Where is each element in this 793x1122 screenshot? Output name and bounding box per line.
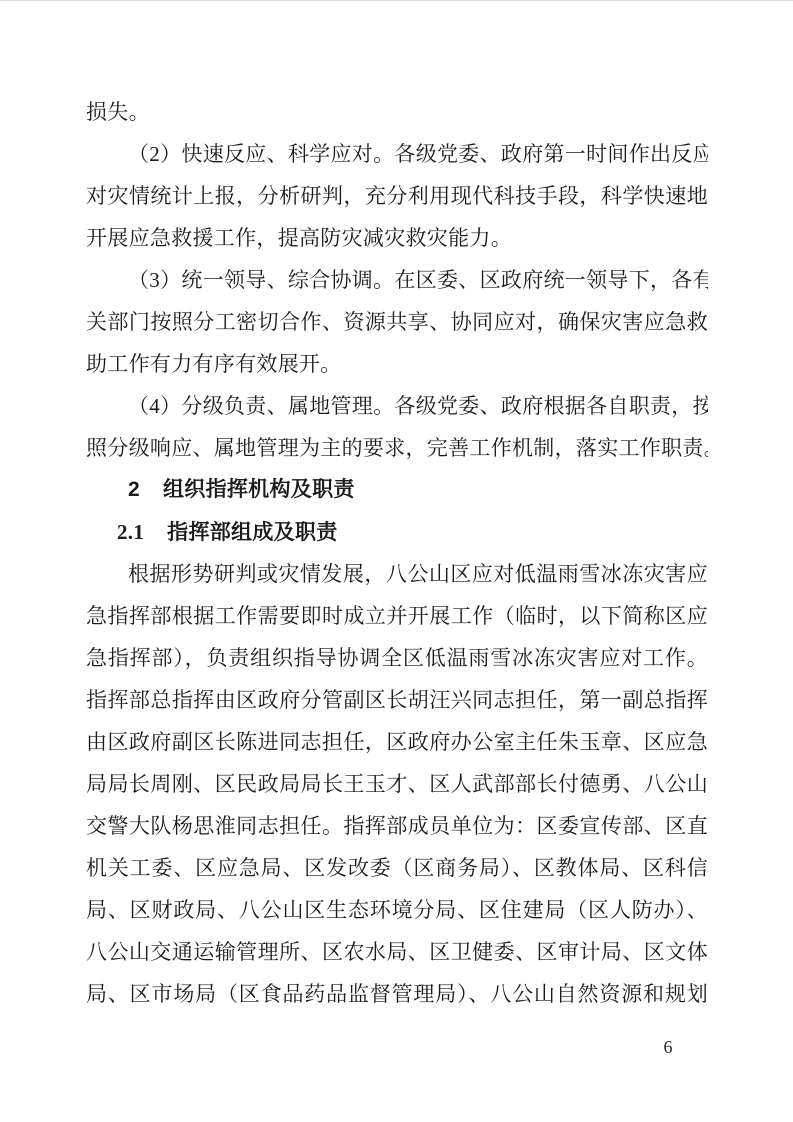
text-line: 损失。: [86, 91, 708, 133]
text-line: 急指挥部），负责组织指导协调全区低温雨雪冰冻灾害应对工作。: [86, 637, 708, 679]
document-body: 损失。 （2）快速反应、科学应对。各级党委、政府第一时间作出反应， 对灾情统计上…: [86, 91, 708, 1015]
section-heading-2: 2组织指挥机构及职责: [86, 469, 708, 511]
text-line: 八公山交通运输管理所、区农水局、区卫健委、区审计局、区文体: [86, 931, 708, 973]
text-line: 助工作有力有序有效展开。: [86, 343, 708, 385]
text-line: 照分级响应、属地管理为主的要求，完善工作机制，落实工作职责。: [86, 427, 708, 469]
text-line: （2）快速反应、科学应对。各级党委、政府第一时间作出反应，: [86, 133, 708, 175]
text-line: 局局长周刚、区民政局局长王玉才、区人武部部长付德勇、八公山: [86, 763, 708, 805]
page-number: 6: [655, 1036, 681, 1058]
text-line: 根据形势研判或灾情发展，八公山区应对低温雨雪冰冻灾害应: [86, 553, 708, 595]
text-line: 交警大队杨思淮同志担任。指挥部成员单位为：区委宣传部、区直: [86, 805, 708, 847]
text-line: 对灾情统计上报，分析研判，充分利用现代科技手段，科学快速地: [86, 175, 708, 217]
section-number: 2: [128, 469, 140, 511]
subsection-number: 2.1: [117, 511, 144, 553]
text-line: 开展应急救援工作，提高防灾减灾救灾能力。: [86, 217, 708, 259]
text-line: （3）统一领导、综合协调。在区委、区政府统一领导下，各有: [86, 259, 708, 301]
section-title: 组织指挥机构及职责: [163, 478, 355, 501]
text-line: 局、区市场局（区食品药品监督管理局）、八公山自然资源和规划: [86, 973, 708, 1015]
section-heading-2-1: 2.1指挥部组成及职责: [86, 511, 708, 553]
subsection-title: 指挥部组成及职责: [167, 520, 337, 544]
text-line: 由区政府副区长陈进同志担任，区政府办公室主任朱玉章、区应急: [86, 721, 708, 763]
text-line: 关部门按照分工密切合作、资源共享、协同应对，确保灾害应急救: [86, 301, 708, 343]
text-line: 局、区财政局、八公山区生态环境分局、区住建局（区人防办）、: [86, 889, 708, 931]
text-line: 急指挥部根据工作需要即时成立并开展工作（临时，以下简称区应: [86, 595, 708, 637]
document-page: 损失。 （2）快速反应、科学应对。各级党委、政府第一时间作出反应， 对灾情统计上…: [0, 0, 793, 1122]
text-line: 机关工委、区应急局、区发改委（区商务局）、区教体局、区科信: [86, 847, 708, 889]
text-line: 指挥部总指挥由区政府分管副区长胡汪兴同志担任，第一副总指挥: [86, 679, 708, 721]
text-line: （4）分级负责、属地管理。各级党委、政府根据各自职责，按: [86, 385, 708, 427]
